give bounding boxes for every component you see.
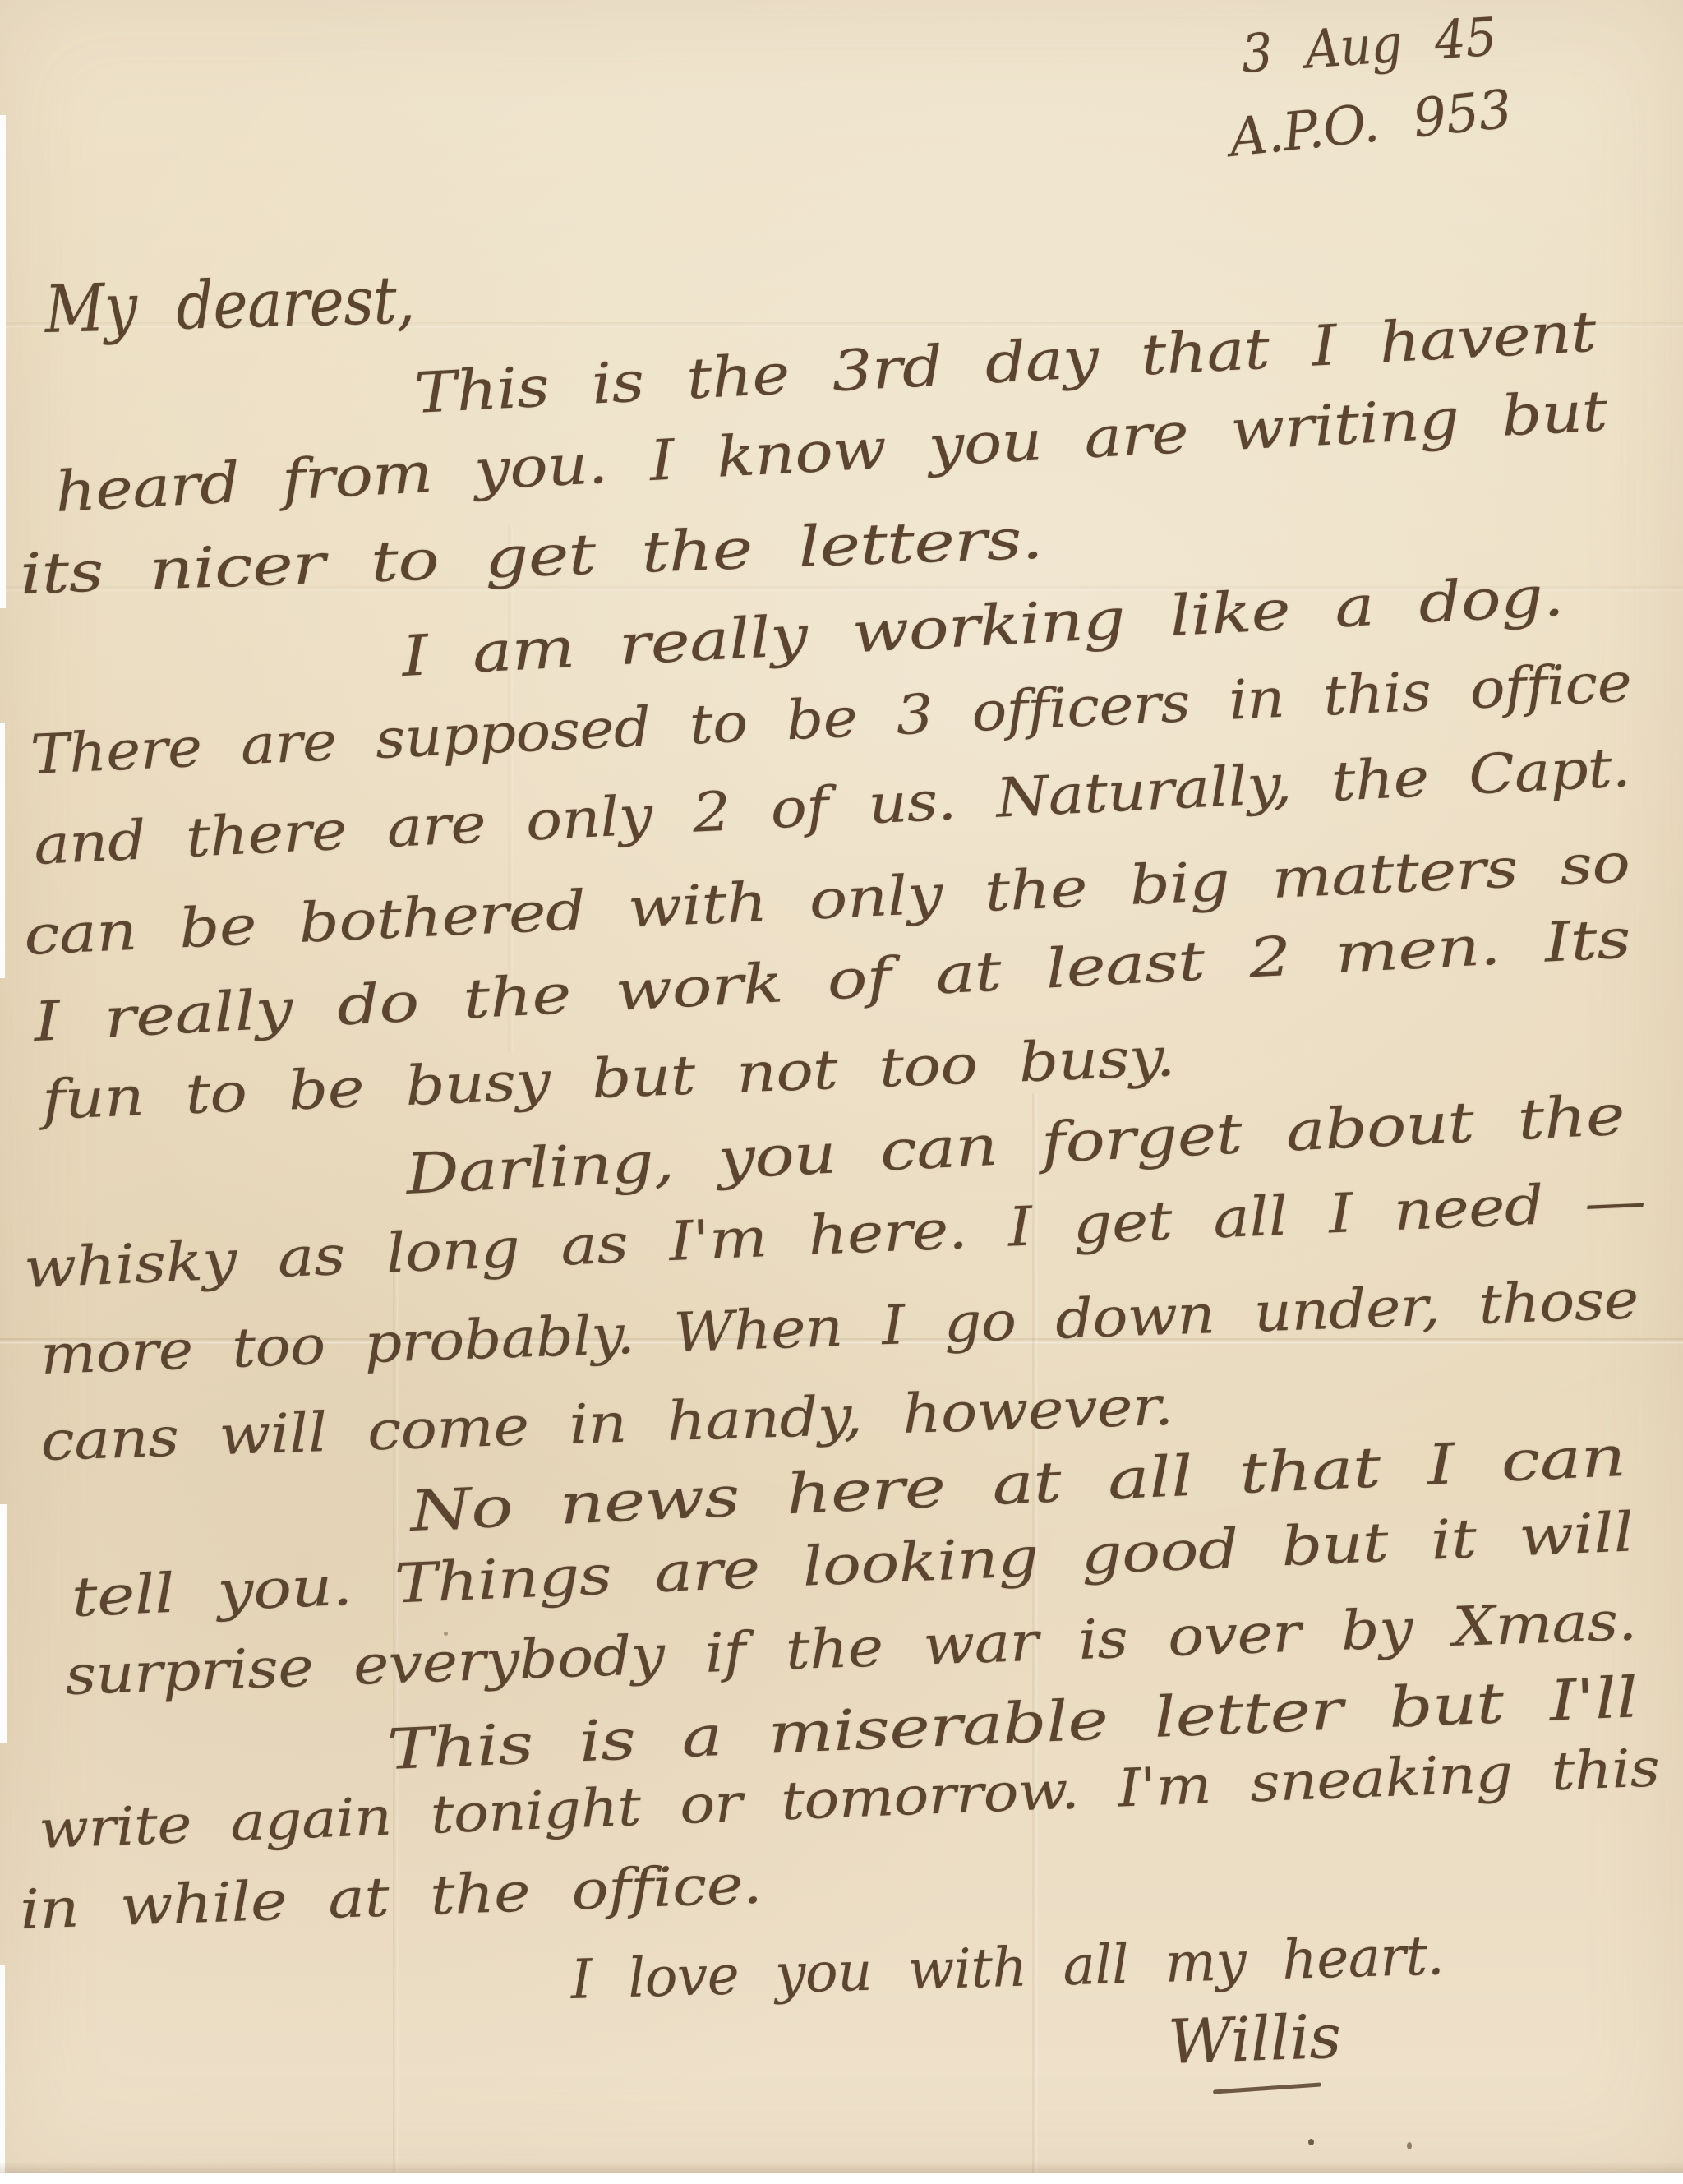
- scan-edge: [0, 1504, 7, 1743]
- ink-dot: [1308, 2139, 1314, 2145]
- ink-dot: [1407, 2142, 1412, 2149]
- fold-crease-vertical: [393, 1258, 399, 2173]
- salutation-line: My dearest,: [44, 261, 415, 348]
- scan-edge-bottom: [0, 2173, 1683, 2184]
- signature: Willis: [1167, 2002, 1342, 2078]
- scan-edge: [0, 723, 5, 978]
- paper-bottom-edge-shadow: [0, 2162, 1683, 2173]
- ink-dot: [444, 1632, 448, 1636]
- scan-edge: [0, 115, 6, 608]
- scan-edge: [0, 1965, 5, 2173]
- letter-scan: 3 Aug 45 A.P.O. 953 My dearest, This is …: [0, 0, 1683, 2184]
